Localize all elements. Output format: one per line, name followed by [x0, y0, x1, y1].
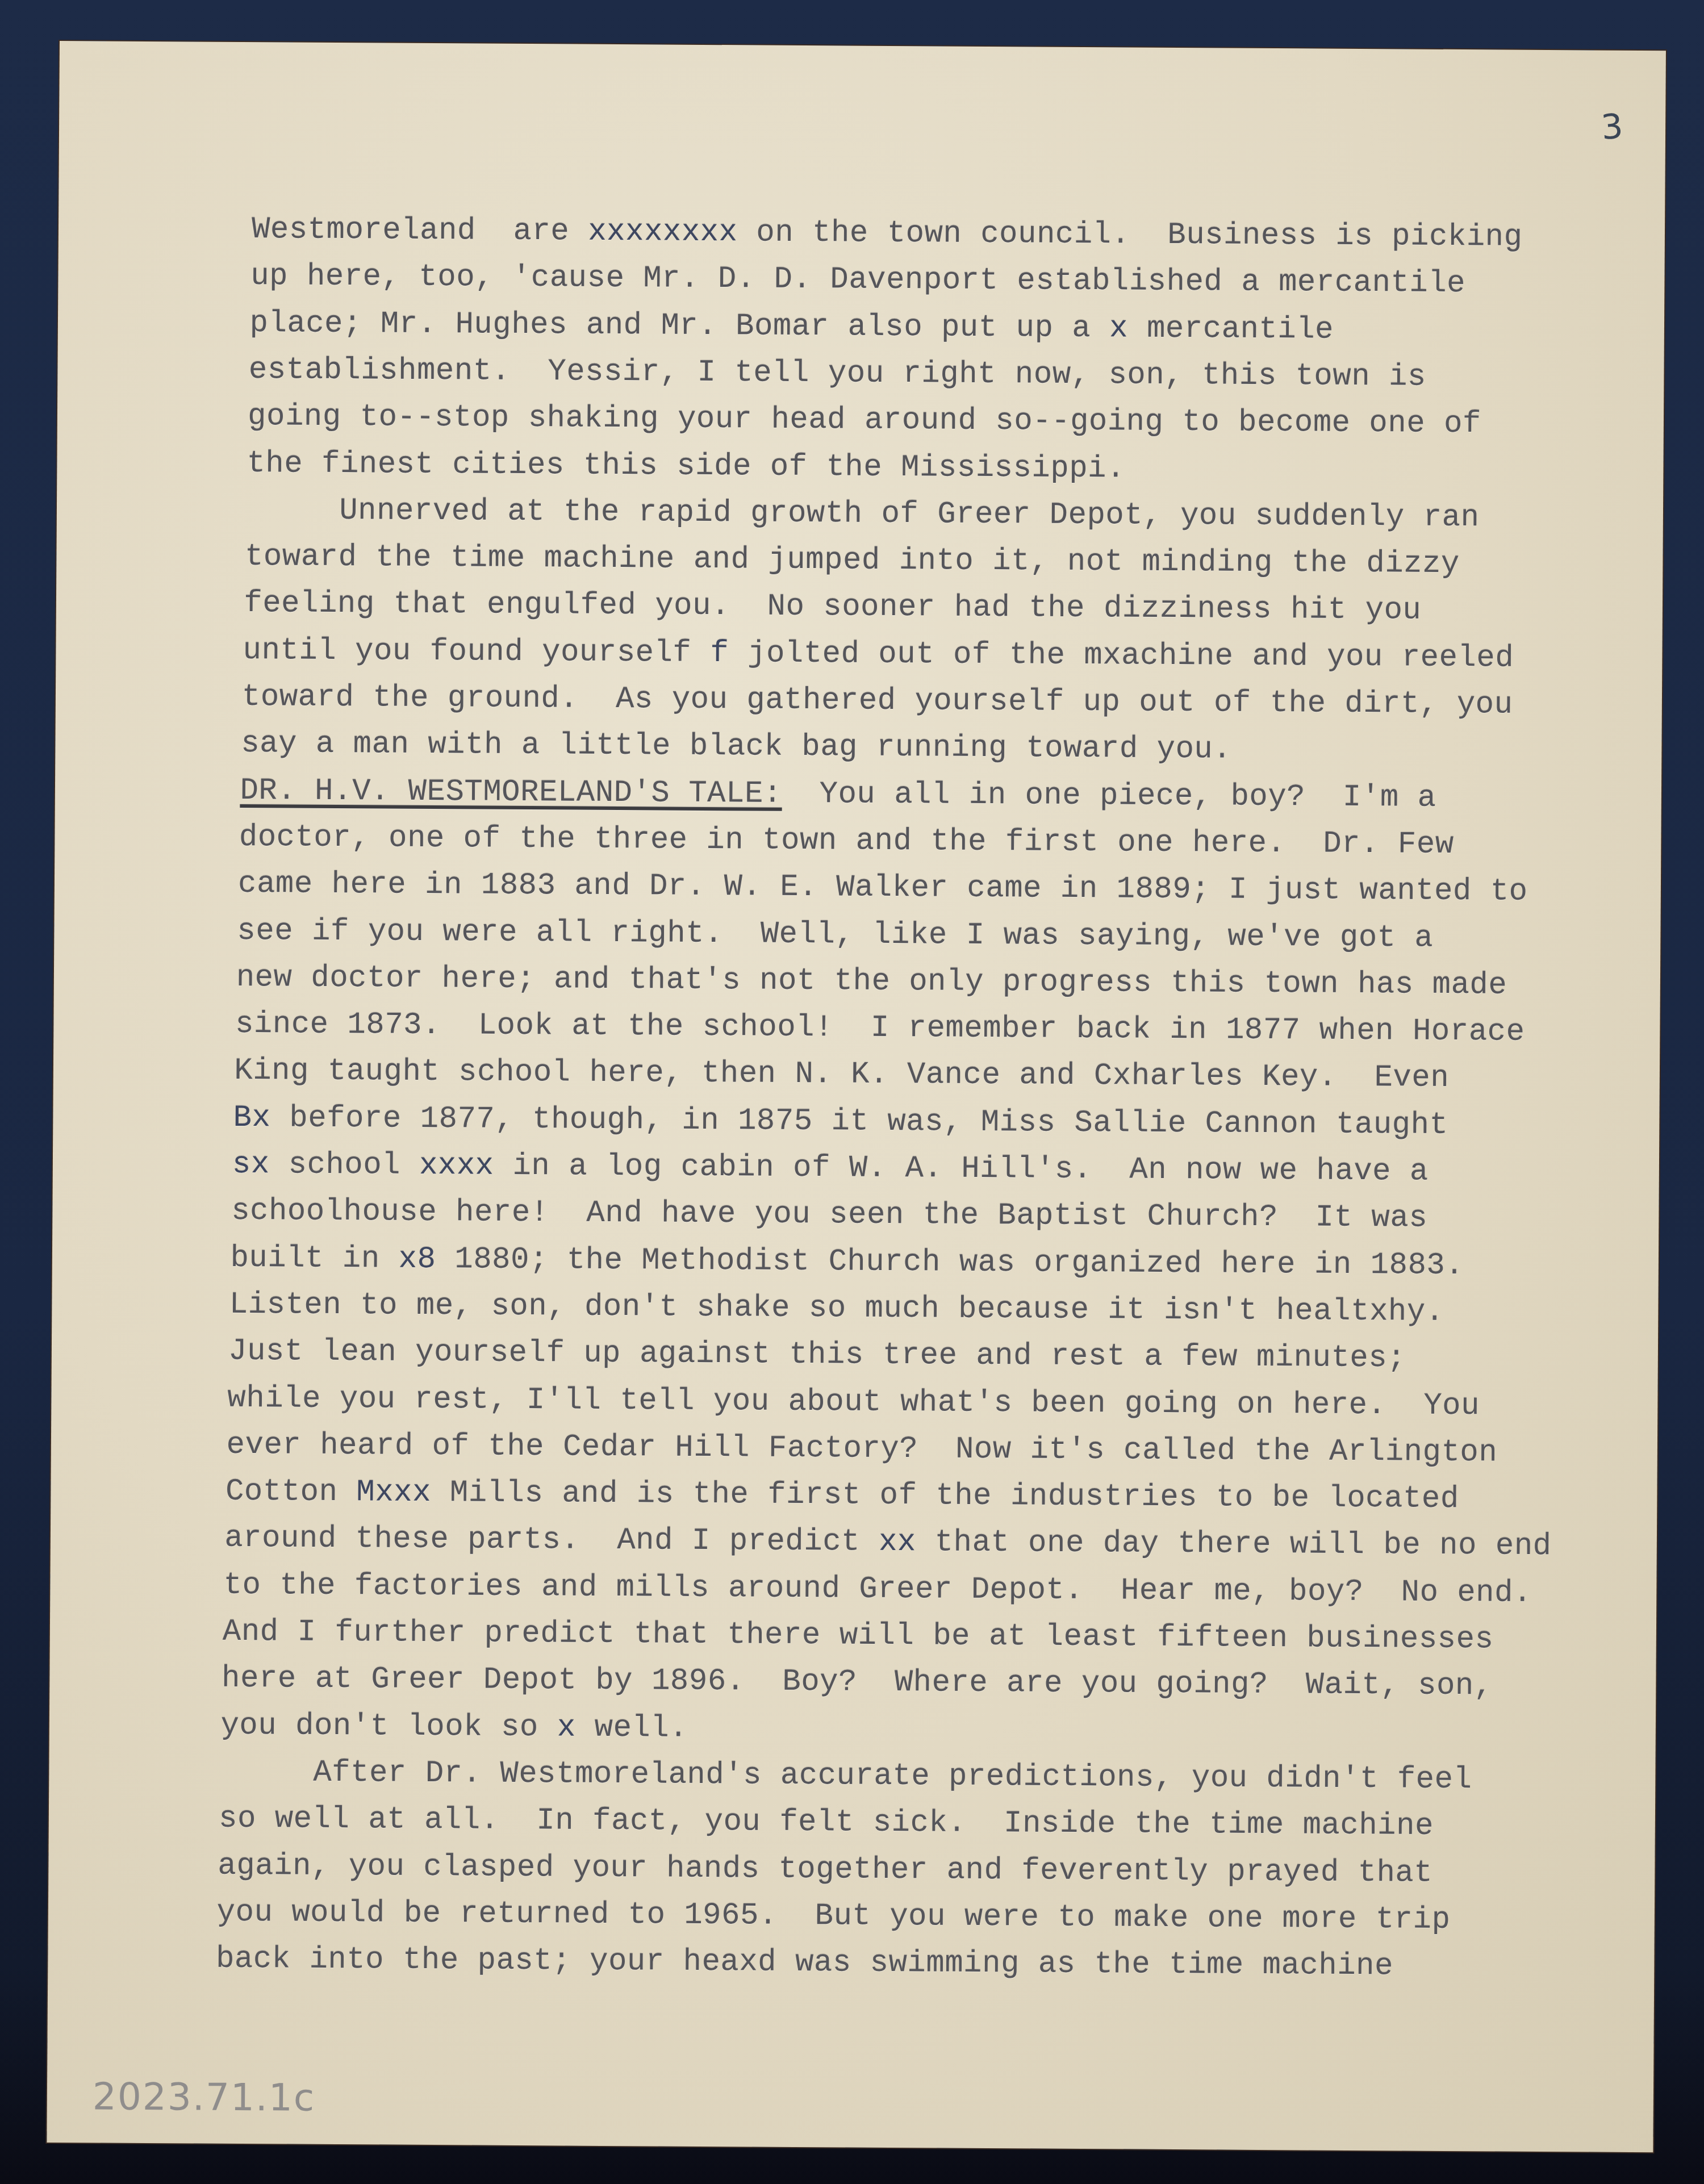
text-line: Unnerved at the rapid growth of Greer De…	[246, 493, 1480, 535]
line-text: Listen to me, son, don't shake so much b…	[229, 1288, 1444, 1330]
line-text: new doctor here; and that's not the only…	[236, 961, 1507, 1003]
line-text: built in	[230, 1241, 399, 1276]
text-line: establishment. Yessir, I tell you right …	[249, 353, 1426, 395]
text-line: going to--stop shaking your head around …	[248, 399, 1481, 441]
text-line: back into the past; your heaxd was swimm…	[216, 1942, 1393, 1984]
text-line: schoolhouse here! And have you seen the …	[231, 1194, 1427, 1236]
line-text: see if you were all right. Well, like I …	[237, 913, 1433, 955]
text-line: up here, too, 'cause Mr. D. D. Davenport…	[250, 259, 1465, 301]
line-text: jolted out of the mxachine and you reele…	[729, 636, 1514, 675]
overstrike-correction: Bx	[233, 1101, 270, 1135]
text-line: again, you clasped your hands together a…	[218, 1848, 1432, 1890]
text-line: to the factories and mills around Greer …	[223, 1568, 1532, 1611]
line-text: in a log cabin of W. A. Hill's. An now w…	[494, 1149, 1429, 1189]
text-line: After Dr. Westmoreland's accurate predic…	[220, 1755, 1472, 1797]
line-text: toward the ground. As you gathered yours…	[242, 680, 1513, 723]
line-text: 1880; the Methodist Church was organized…	[436, 1242, 1464, 1283]
line-text: came here in 1883 and Dr. W. E. Walker c…	[238, 867, 1528, 909]
line-text: place; Mr. Hughes and Mr. Bomar also put…	[249, 306, 1109, 346]
text-line: you don't look so x well.	[220, 1708, 688, 1745]
text-line: DR. H.V. WESTMORELAND'S TALE: You all in…	[240, 774, 1436, 816]
text-line: toward the time machine and jumped into …	[245, 540, 1460, 582]
accession-number: 2023.71.1c	[93, 2074, 316, 2119]
document-body: Westmoreland are xxxxxxxx on the town co…	[47, 41, 1666, 2152]
line-text: feeling that engulfed you. No sooner had…	[244, 586, 1421, 628]
line-text: Unnerved at the rapid growth of Greer De…	[246, 493, 1480, 535]
line-text: Cotton	[225, 1475, 357, 1510]
text-line: since 1873. Look at the school! I rememb…	[235, 1007, 1525, 1050]
text-line: you would be returned to 1965. But you w…	[216, 1895, 1450, 1937]
text-line: Bx before 1877, though, in 1875 it was, …	[233, 1101, 1448, 1143]
text-line: here at Greer Depot by 1896. Boy? Where …	[222, 1661, 1493, 1704]
line-text: And I further predict that there will be…	[223, 1615, 1494, 1657]
text-line: new doctor here; and that's not the only…	[236, 961, 1507, 1003]
line-text: establishment. Yessir, I tell you right …	[249, 353, 1426, 395]
overstrike-correction: Mxxx	[356, 1475, 431, 1510]
line-text: you don't look so	[220, 1708, 557, 1745]
overstrike-correction: x	[557, 1710, 576, 1745]
line-text: toward the time machine and jumped into …	[245, 540, 1460, 582]
section-heading: DR. H.V. WESTMORELAND'S TALE:	[240, 774, 782, 812]
text-line: place; Mr. Hughes and Mr. Bomar also put…	[249, 306, 1334, 348]
overstrike-correction: xxxxxxxx	[588, 215, 738, 250]
line-text: going to--stop shaking your head around …	[248, 399, 1481, 441]
line-text: Mills and is the first of the industries…	[431, 1476, 1459, 1517]
line-text: around these parts. And I predict	[224, 1521, 879, 1560]
text-line: the finest cities this side of the Missi…	[247, 446, 1125, 486]
overstrike-correction: xx	[879, 1525, 916, 1560]
line-text: the finest cities this side of the Missi…	[247, 446, 1125, 486]
line-text: to the factories and mills around Greer …	[223, 1568, 1532, 1611]
line-text: doctor, one of the three in town and the…	[239, 820, 1454, 862]
text-line: so well at all. In fact, you felt sick. …	[219, 1802, 1434, 1844]
typewritten-page: 3 Westmoreland are xxxxxxxx on the town …	[47, 41, 1666, 2152]
text-line: sx school xxxx in a log cabin of W. A. H…	[232, 1147, 1429, 1189]
text-line: And I further predict that there will be…	[223, 1615, 1494, 1657]
line-text: since 1873. Look at the school! I rememb…	[235, 1007, 1525, 1050]
line-text: up here, too, 'cause Mr. D. D. Davenport…	[250, 259, 1465, 301]
text-line: toward the ground. As you gathered yours…	[242, 680, 1513, 723]
text-line: doctor, one of the three in town and the…	[239, 820, 1454, 862]
text-line: say a man with a little black bag runnin…	[241, 726, 1231, 767]
text-line: came here in 1883 and Dr. W. E. Walker c…	[238, 867, 1528, 909]
line-text: Just lean yourself up against this tree …	[228, 1334, 1406, 1376]
line-text: here at Greer Depot by 1896. Boy? Where …	[222, 1661, 1493, 1704]
line-text: before 1877, though, in 1875 it was, Mis…	[270, 1101, 1448, 1143]
line-text: ever heard of the Cedar Hill Factory? No…	[227, 1428, 1498, 1471]
text-line: ever heard of the Cedar Hill Factory? No…	[227, 1428, 1498, 1471]
line-text: schoolhouse here! And have you seen the …	[231, 1194, 1427, 1236]
line-text: You all in one piece, boy? I'm a	[782, 776, 1436, 815]
text-line: Westmoreland are xxxxxxxx on the town co…	[252, 212, 1523, 255]
text-line: Listen to me, son, don't shake so much b…	[229, 1288, 1444, 1330]
line-text: mercantile	[1128, 311, 1334, 347]
line-text: again, you clasped your hands together a…	[218, 1848, 1432, 1890]
line-text: while you rest, I'll tell you about what…	[227, 1381, 1480, 1423]
text-line: built in x8 1880; the Methodist Church w…	[230, 1241, 1464, 1283]
text-line: until you found yourself f jolted out of…	[243, 633, 1514, 676]
line-text: school	[270, 1147, 420, 1183]
overstrike-correction: f	[710, 636, 729, 671]
overstrike-correction: sx	[232, 1147, 270, 1182]
text-line: around these parts. And I predict xx tha…	[224, 1521, 1552, 1564]
text-line: Just lean yourself up against this tree …	[228, 1334, 1406, 1376]
text-line: feeling that engulfed you. No sooner had…	[244, 586, 1421, 628]
text-line: Cotton Mxxx Mills and is the first of th…	[225, 1475, 1459, 1517]
overstrike-correction: x8	[398, 1242, 436, 1276]
line-text: that one day there will be no end	[916, 1526, 1552, 1564]
line-text: so well at all. In fact, you felt sick. …	[219, 1802, 1434, 1844]
overstrike-correction: xxxx	[419, 1149, 494, 1184]
line-text: back into the past; your heaxd was swimm…	[216, 1942, 1393, 1984]
line-text: After Dr. Westmoreland's accurate predic…	[220, 1755, 1472, 1797]
text-line: while you rest, I'll tell you about what…	[227, 1381, 1480, 1423]
line-text: say a man with a little black bag runnin…	[241, 726, 1231, 767]
line-text: Westmoreland are	[252, 212, 588, 249]
line-text: well.	[575, 1710, 688, 1745]
line-text: you would be returned to 1965. But you w…	[216, 1895, 1450, 1937]
text-line: King taught school here, then N. K. Vanc…	[234, 1054, 1449, 1096]
text-line: see if you were all right. Well, like I …	[237, 913, 1433, 955]
line-text: King taught school here, then N. K. Vanc…	[234, 1054, 1449, 1096]
overstrike-correction: x	[1109, 311, 1128, 346]
line-text: until you found yourself	[243, 633, 710, 671]
line-text: on the town council. Business is picking	[737, 215, 1522, 254]
